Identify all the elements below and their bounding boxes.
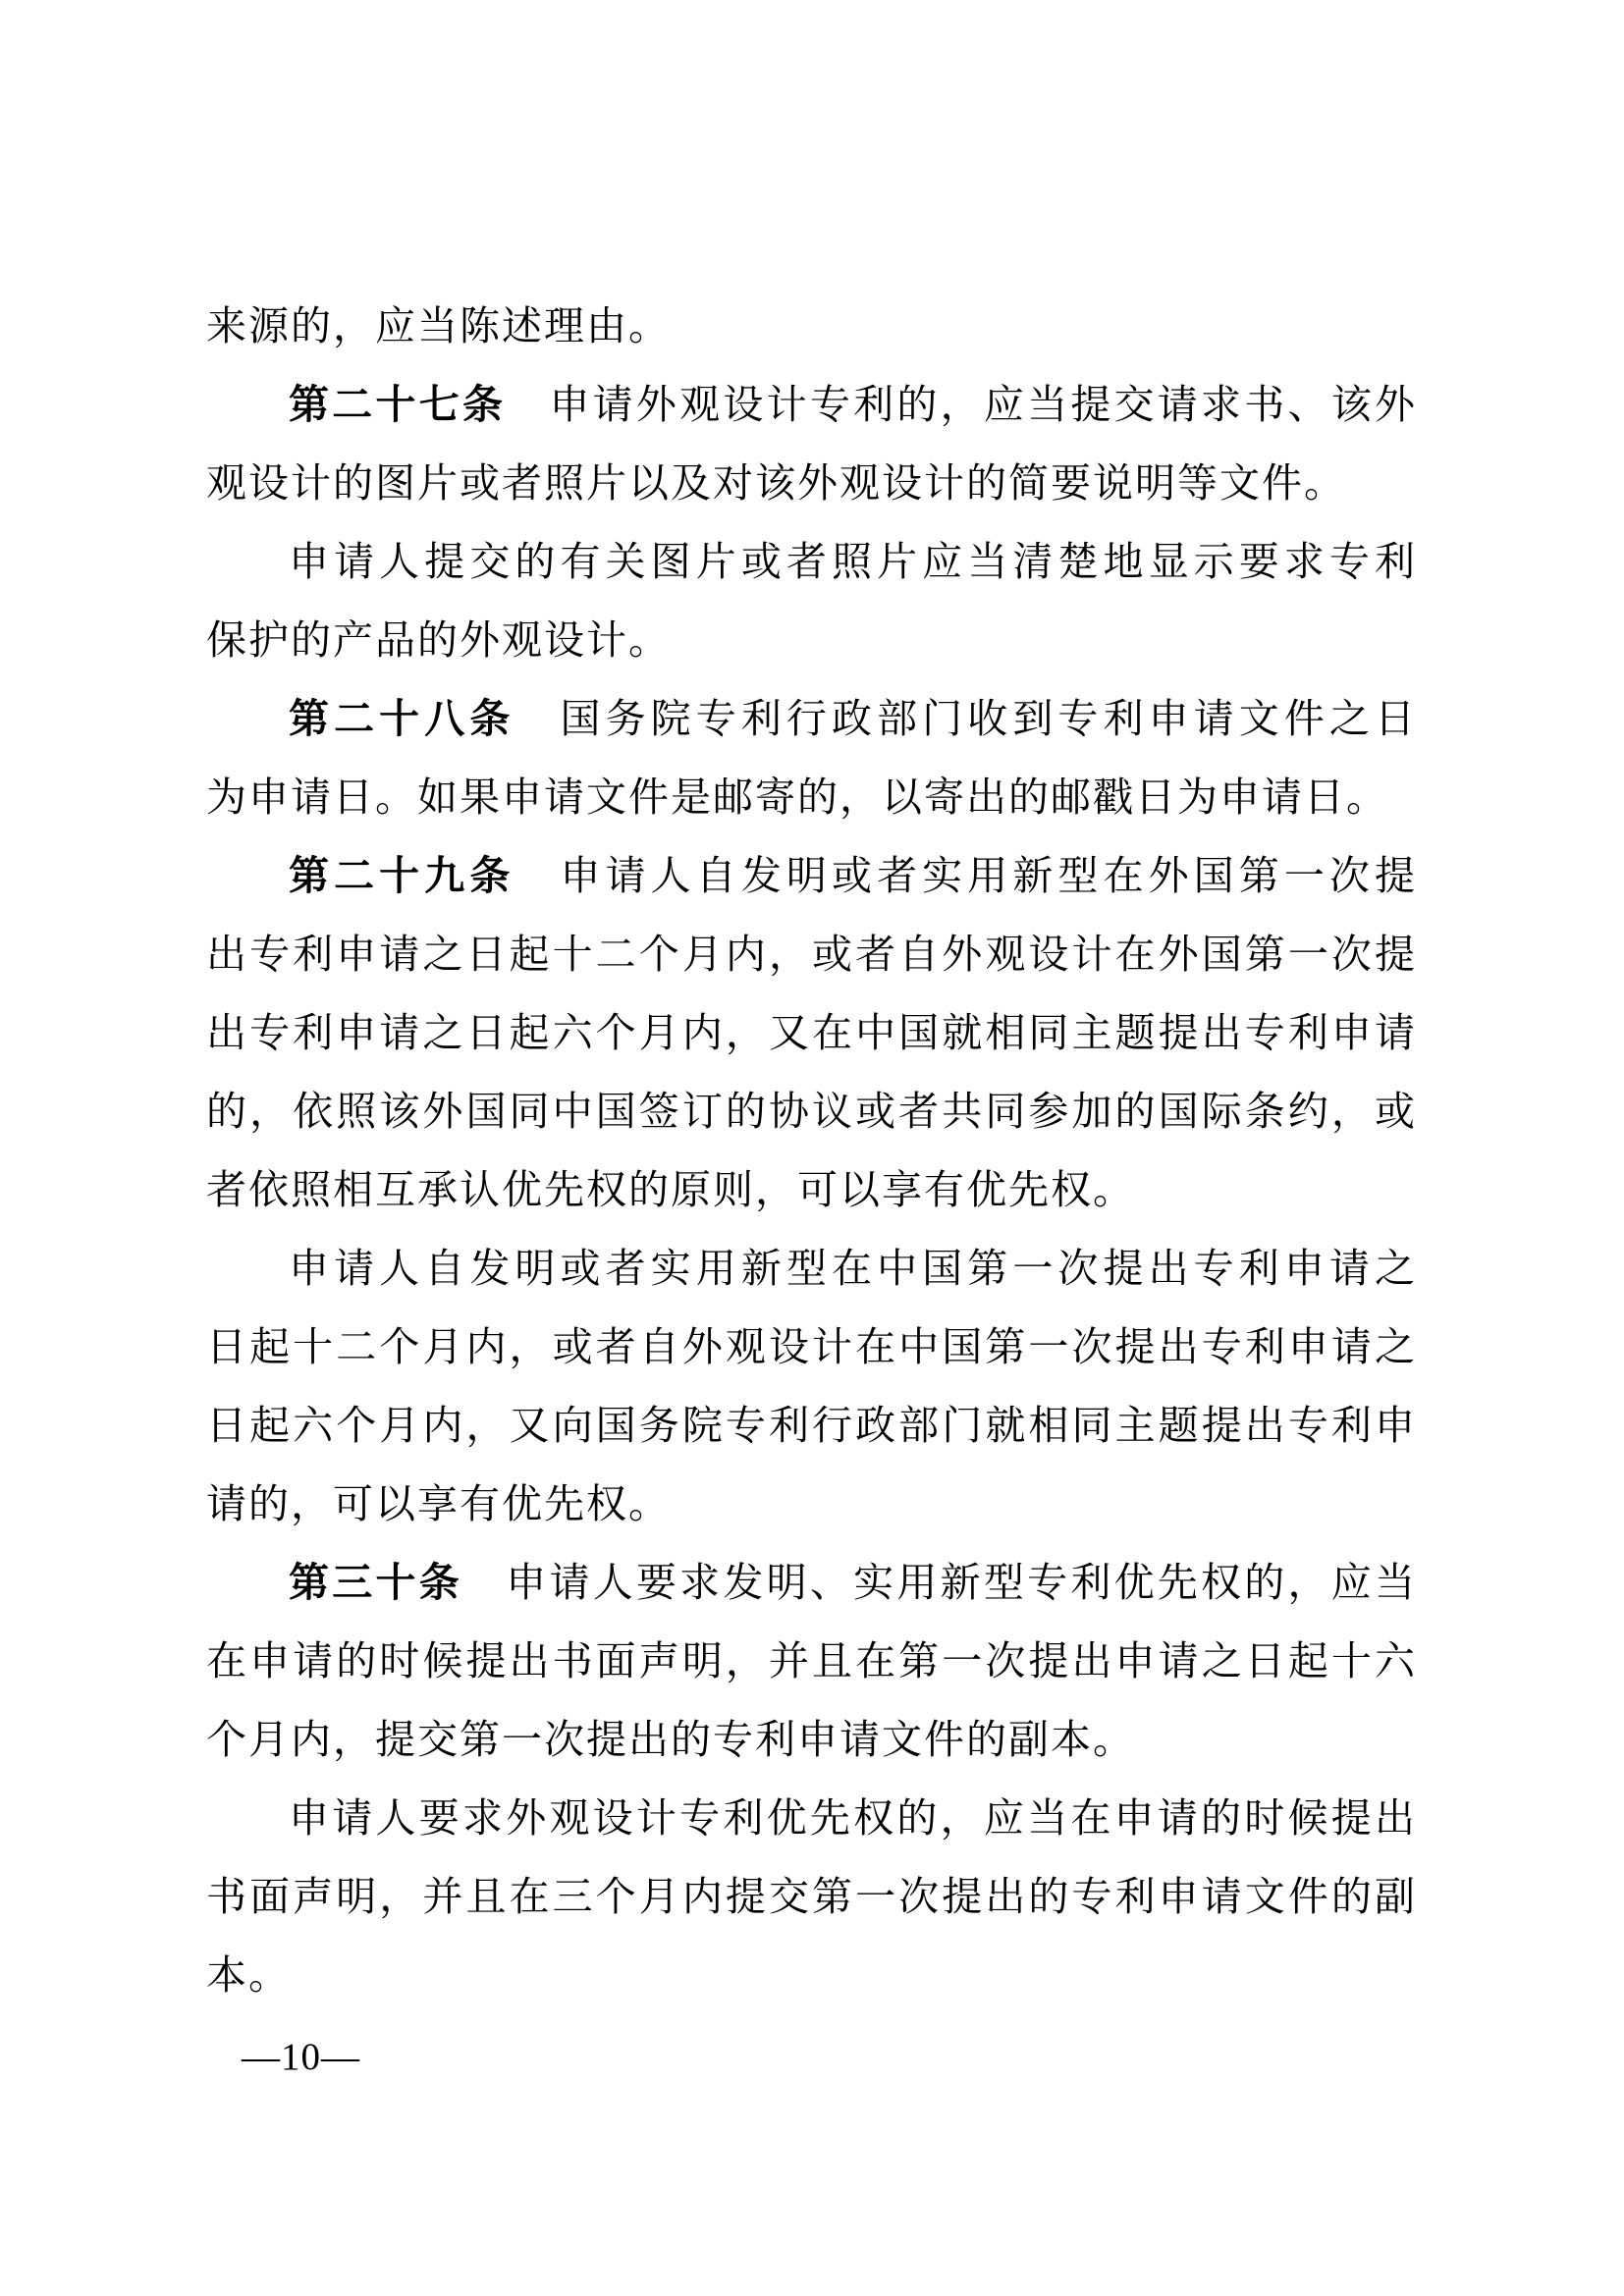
text-segment: 者依照相互承认优先权的原则，可以享有优先权。 <box>206 1167 1135 1212</box>
text-segment: 出专利申请之日起六个月内，又在中国就相同主题提出专利申请 <box>206 1010 1417 1055</box>
text-line: 个月内，提交第一次提出的专利申请文件的副本。 <box>206 1700 1417 1779</box>
text-segment: 申请人要求发明、实用新型专利优先权的，应当 <box>462 1560 1417 1605</box>
text-segment: 为申请日。如果申请文件是邮寄的，以寄出的邮戳日为申请日。 <box>206 774 1388 820</box>
text-line: 观设计的图片或者照片以及对该外观设计的简要说明等文件。 <box>206 444 1417 522</box>
text-segment: 观设计的图片或者照片以及对该外观设计的简要说明等文件。 <box>206 460 1346 506</box>
text-segment: 出专利申请之日起十二个月内，或者自外观设计在外国第一次提 <box>206 932 1417 977</box>
text-segment: 申请人要求外观设计专利优先权的，应当在申请的时候提出 <box>289 1795 1417 1841</box>
text-line: 申请人提交的有关图片或者照片应当清楚地显示要求专利 <box>206 522 1417 601</box>
text-line: 第二十七条 申请外观设计专利的，应当提交请求书、该外 <box>206 365 1417 444</box>
text-segment: 来源的，应当陈述理由。 <box>206 303 671 348</box>
text-line: 的，依照该外国同中国签订的协议或者共同参加的国际条约，或 <box>206 1072 1417 1150</box>
text-segment: 的，依照该外国同中国签订的协议或者共同参加的国际条约，或 <box>206 1089 1417 1134</box>
text-line: 本。 <box>206 1936 1417 2014</box>
text-line: 出专利申请之日起六个月内，又在中国就相同主题提出专利申请 <box>206 993 1417 1072</box>
text-line: 申请人要求外观设计专利优先权的，应当在申请的时候提出 <box>206 1779 1417 1857</box>
document-page: 来源的，应当陈述理由。第二十七条 申请外观设计专利的，应当提交请求书、该外观设计… <box>0 0 1624 2296</box>
text-segment: 日起六个月内，又向国务院专利行政部门就相同主题提出专利申 <box>206 1403 1417 1448</box>
text-line: 书面声明，并且在三个月内提交第一次提出的专利申请文件的副 <box>206 1857 1417 1936</box>
text-segment: 日起十二个月内，或者自外观设计在中国第一次提出专利申请之 <box>206 1324 1417 1369</box>
text-line: 第二十九条 申请人自发明或者实用新型在外国第一次提 <box>206 836 1417 915</box>
article-heading: 第三十条 <box>289 1560 462 1605</box>
text-line: 申请人自发明或者实用新型在中国第一次提出专利申请之 <box>206 1229 1417 1308</box>
text-line: 日起六个月内，又向国务院专利行政部门就相同主题提出专利申 <box>206 1386 1417 1465</box>
document-body: 来源的，应当陈述理由。第二十七条 申请外观设计专利的，应当提交请求书、该外观设计… <box>206 287 1417 2014</box>
text-line: 者依照相互承认优先权的原则，可以享有优先权。 <box>206 1150 1417 1229</box>
text-line: 第三十条 申请人要求发明、实用新型专利优先权的，应当 <box>206 1543 1417 1622</box>
article-heading: 第二十八条 <box>289 696 514 741</box>
text-line: 请的，可以享有优先权。 <box>206 1465 1417 1543</box>
text-segment: 申请人提交的有关图片或者照片应当清楚地显示要求专利 <box>289 539 1417 584</box>
text-segment: 请的，可以享有优先权。 <box>206 1481 671 1526</box>
text-segment: 申请人自发明或者实用新型在中国第一次提出专利申请之 <box>289 1246 1417 1291</box>
text-line: 来源的，应当陈述理由。 <box>206 287 1417 365</box>
text-segment: 保护的产品的外观设计。 <box>206 617 671 663</box>
text-line: 日起十二个月内，或者自外观设计在中国第一次提出专利申请之 <box>206 1308 1417 1386</box>
page-number: —10— <box>242 2028 360 2087</box>
text-line: 第二十八条 国务院专利行政部门收到专利申请文件之日 <box>206 679 1417 758</box>
text-line: 保护的产品的外观设计。 <box>206 601 1417 679</box>
article-heading: 第二十七条 <box>289 382 506 427</box>
text-segment: 个月内，提交第一次提出的专利申请文件的副本。 <box>206 1717 1135 1762</box>
text-segment: 申请外观设计专利的，应当提交请求书、该外 <box>506 382 1417 427</box>
article-heading: 第二十九条 <box>289 853 514 898</box>
text-segment: 本。 <box>206 1952 291 1998</box>
text-line: 出专利申请之日起十二个月内，或者自外观设计在外国第一次提 <box>206 915 1417 993</box>
text-line: 在申请的时候提出书面声明，并且在第一次提出申请之日起十六 <box>206 1622 1417 1700</box>
text-segment: 在申请的时候提出书面声明，并且在第一次提出申请之日起十六 <box>206 1638 1417 1683</box>
text-segment: 申请人自发明或者实用新型在外国第一次提 <box>514 853 1417 898</box>
text-line: 为申请日。如果申请文件是邮寄的，以寄出的邮戳日为申请日。 <box>206 758 1417 836</box>
text-segment: 书面声明，并且在三个月内提交第一次提出的专利申请文件的副 <box>206 1874 1417 1919</box>
text-segment: 国务院专利行政部门收到专利申请文件之日 <box>514 696 1417 741</box>
